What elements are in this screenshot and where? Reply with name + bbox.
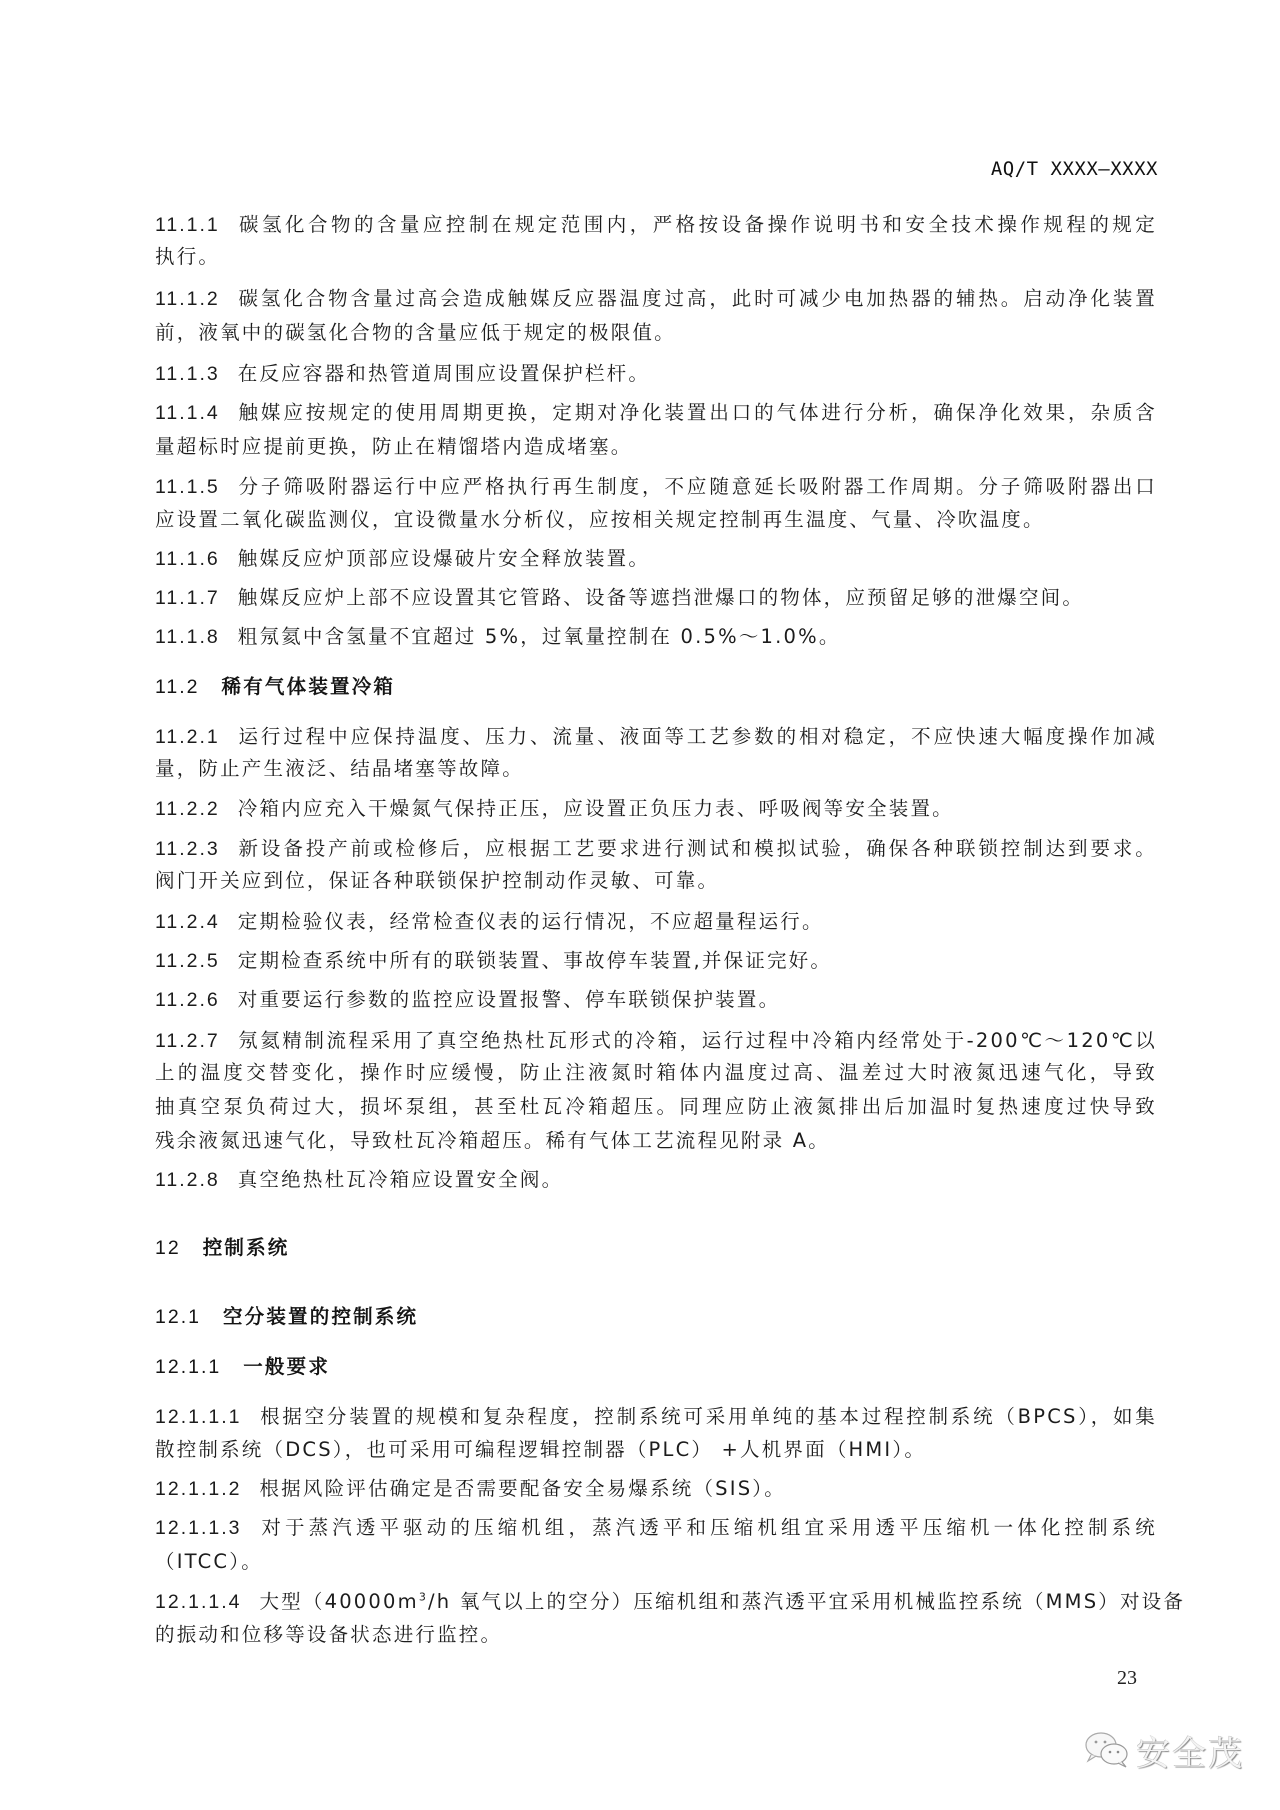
clause-text: 新设备投产前或检修后，应根据工艺要求进行测试和模拟试验，确保各种联锁控制达到要求…	[238, 837, 1157, 860]
clause-text: 触媒反应炉顶部应设爆破片安全释放装置。	[238, 547, 650, 570]
paragraph-line: 残余液氮迅速气化，导致杜瓦冷箱超压。稀有气体工艺流程见附录 A。	[155, 1129, 1157, 1153]
paragraph-line: 11.1.5分子筛吸附器运行中应严格执行再生制度，不应随意延长吸附器工作周期。分…	[155, 475, 1157, 499]
clause-number: 12	[155, 1236, 181, 1260]
clause-text: 冷箱内应充入干燥氮气保持正压，应设置正负压力表、呼吸阀等安全装置。	[238, 797, 954, 820]
clause-text: 残余液氮迅速气化，导致杜瓦冷箱超压。稀有气体工艺流程见附录 A。	[155, 1129, 830, 1152]
clause-text: 上的温度交替变化，操作时应缓慢，防止注液氮时箱体内温度过高、温差过大时液氮迅速气…	[155, 1061, 1157, 1084]
paragraph-line: 应设置二氧化碳监测仪，宜设微量水分析仪，应按相关规定控制再生温度、气量、冷吹温度…	[155, 508, 1157, 532]
paragraph-line: 12.1.1.3对于蒸汽透平驱动的压缩机组，蒸汽透平和压缩机组宜采用透平压缩机一…	[155, 1516, 1157, 1540]
clause-number: 12.1.1.4	[155, 1590, 241, 1614]
paragraph-line: 12.1.1.4大型（40000m3/h 氧气以上的空分）压缩机组和蒸汽透平宜采…	[155, 1590, 1157, 1614]
paragraph-line: 抽真空泵负荷过大，损坏泵组，甚至杜瓦冷箱超压。同理应防止液氮排出后加温时复热速度…	[155, 1095, 1157, 1119]
clause-number: 11.2.8	[155, 1168, 220, 1192]
paragraph-line: 11.2.3新设备投产前或检修后，应根据工艺要求进行测试和模拟试验，确保各种联锁…	[155, 837, 1157, 861]
paragraph-line: 执行。	[155, 245, 1157, 269]
clause-text: 分子筛吸附器运行中应严格执行再生制度，不应随意延长吸附器工作周期。分子筛吸附器出…	[238, 475, 1157, 498]
section-heading: 11.2稀有气体装置冷箱	[155, 675, 1157, 699]
clause-text: 对重要运行参数的监控应设置报警、停车联锁保护装置。	[238, 988, 781, 1011]
clause-number: 11.2.7	[155, 1029, 220, 1053]
watermark-text: 安全茂	[1136, 1726, 1244, 1775]
clause-text: 散控制系统（DCS），也可采用可编程逻辑控制器（PLC） +人机界面（HMI）。	[155, 1438, 926, 1461]
watermark: 安全茂	[1084, 1726, 1244, 1775]
clause-number: 12.1.1.1	[155, 1405, 241, 1429]
clause-number: 11.1.1	[155, 213, 220, 237]
paragraph-line: 11.2.1运行过程中应保持温度、压力、流量、液面等工艺参数的相对稳定，不应快速…	[155, 725, 1157, 749]
clause-text: 运行过程中应保持温度、压力、流量、液面等工艺参数的相对稳定，不应快速大幅度操作加…	[238, 725, 1157, 748]
clause-text: 稀有气体装置冷箱	[222, 675, 396, 698]
clause-text: 定期检验仪表，经常检查仪表的运行情况，不应超量程运行。	[238, 910, 824, 933]
section-heading: 12.1空分装置的控制系统	[155, 1305, 1157, 1329]
section-heading: 12.1.1一般要求	[155, 1355, 1157, 1379]
paragraph-line: 11.2.2冷箱内应充入干燥氮气保持正压，应设置正负压力表、呼吸阀等安全装置。	[155, 797, 1157, 821]
paragraph-line: 12.1.1.1根据空分装置的规模和复杂程度，控制系统可采用单纯的基本过程控制系…	[155, 1405, 1157, 1429]
clause-number: 12.1.1	[155, 1355, 221, 1379]
paragraph-line: 11.2.8真空绝热杜瓦冷箱应设置安全阀。	[155, 1168, 1157, 1192]
clause-number: 12.1.1.3	[155, 1516, 241, 1540]
clause-text: 根据空分装置的规模和复杂程度，控制系统可采用单纯的基本过程控制系统（BPCS），…	[259, 1405, 1157, 1428]
clause-number: 12.1.1.2	[155, 1477, 241, 1501]
paragraph-line: 散控制系统（DCS），也可采用可编程逻辑控制器（PLC） +人机界面（HMI）。	[155, 1438, 1157, 1462]
clause-number: 11.1.3	[155, 362, 220, 386]
clause-text: 对于蒸汽透平驱动的压缩机组，蒸汽透平和压缩机组宜采用透平压缩机一体化控制系统	[259, 1516, 1157, 1539]
clause-number: 11.2.5	[155, 949, 220, 973]
clause-number: 11.2.2	[155, 797, 220, 821]
paragraph-line: 11.2.5定期检查系统中所有的联锁装置、事故停车装置,并保证完好。	[155, 949, 1157, 973]
page-number: 23	[1117, 1667, 1137, 1690]
clause-text: 执行。	[155, 245, 220, 268]
clause-text: 一般要求	[243, 1355, 330, 1378]
clause-number: 11.1.5	[155, 475, 220, 499]
paragraph-line: 前，液氧中的碳氢化合物的含量应低于规定的极限值。	[155, 321, 1157, 345]
clause-number: 11.1.6	[155, 547, 220, 571]
paragraph-line: 11.2.6对重要运行参数的监控应设置报警、停车联锁保护装置。	[155, 988, 1157, 1012]
paragraph-line: 上的温度交替变化，操作时应缓慢，防止注液氮时箱体内温度过高、温差过大时液氮迅速气…	[155, 1061, 1157, 1085]
clause-number: 11.2	[155, 675, 200, 699]
paragraph-line: 的振动和位移等设备状态进行监控。	[155, 1623, 1157, 1647]
clause-number: 11.2.4	[155, 910, 220, 934]
section-heading: 12控制系统	[155, 1236, 1157, 1260]
clause-number: 11.1.8	[155, 625, 220, 649]
paragraph-line: 11.1.8粗氖氦中含氢量不宜超过 5%，过氧量控制在 0.5%～1.0%。	[155, 625, 1157, 649]
clause-text: （ITCC）。	[155, 1550, 263, 1573]
paragraph-line: （ITCC）。	[155, 1550, 1157, 1574]
clause-text: 空分装置的控制系统	[223, 1305, 418, 1328]
clause-number: 11.1.7	[155, 586, 220, 610]
wechat-icon	[1084, 1730, 1130, 1772]
clause-text: 阀门开关应到位，保证各种联锁保护控制动作灵敏、可靠。	[155, 869, 719, 892]
paragraph-line: 12.1.1.2根据风险评估确定是否需要配备安全易爆系统（SIS）。	[155, 1477, 1157, 1501]
document-code: AQ/T XXXX—XXXX	[991, 158, 1158, 180]
clause-text: 碳氢化合物含量过高会造成触媒反应器温度过高，此时可减少电加热器的辅热。启动净化装…	[238, 287, 1157, 310]
clause-text: 碳氢化合物的含量应控制在规定范围内，严格按设备操作说明书和安全技术操作规程的规定	[238, 213, 1157, 236]
paragraph-line: 量超标时应提前更换，防止在精馏塔内造成堵塞。	[155, 435, 1157, 459]
clause-text: 根据风险评估确定是否需要配备安全易爆系统（SIS）。	[259, 1477, 785, 1500]
paragraph-line: 阀门开关应到位，保证各种联锁保护控制动作灵敏、可靠。	[155, 869, 1157, 893]
paragraph-line: 11.2.4定期检验仪表，经常检查仪表的运行情况，不应超量程运行。	[155, 910, 1157, 934]
paragraph-line: 11.1.6触媒反应炉顶部应设爆破片安全释放装置。	[155, 547, 1157, 571]
paragraph-line: 11.1.4触媒应按规定的使用周期更换，定期对净化装置出口的气体进行分析，确保净…	[155, 401, 1157, 425]
clause-text: 控制系统	[203, 1236, 290, 1259]
paragraph-line: 11.1.7触媒反应炉上部不应设置其它管路、设备等遮挡泄爆口的物体，应预留足够的…	[155, 586, 1157, 610]
clause-text: 量，防止产生液泛、结晶堵塞等故障。	[155, 757, 524, 780]
clause-text: 的振动和位移等设备状态进行监控。	[155, 1623, 502, 1646]
paragraph-line: 11.1.2碳氢化合物含量过高会造成触媒反应器温度过高，此时可减少电加热器的辅热…	[155, 287, 1157, 311]
clause-number: 11.2.3	[155, 837, 220, 861]
clause-text: 氖氦精制流程采用了真空绝热杜瓦形式的冷箱，运行过程中冷箱内经常处于-200℃～1…	[238, 1029, 1157, 1052]
clause-text: 真空绝热杜瓦冷箱应设置安全阀。	[238, 1168, 564, 1191]
clause-text: 量超标时应提前更换，防止在精馏塔内造成堵塞。	[155, 435, 632, 458]
paragraph-line: 11.2.7氖氦精制流程采用了真空绝热杜瓦形式的冷箱，运行过程中冷箱内经常处于-…	[155, 1029, 1157, 1053]
clause-number: 11.2.6	[155, 988, 220, 1012]
paragraph-line: 11.1.3在反应容器和热管道周围应设置保护栏杆。	[155, 362, 1157, 386]
superscript: 3	[419, 1591, 428, 1604]
clause-number: 12.1	[155, 1305, 201, 1329]
paragraph-line: 量，防止产生液泛、结晶堵塞等故障。	[155, 757, 1157, 781]
clause-text: 应设置二氧化碳监测仪，宜设微量水分析仪，应按相关规定控制再生温度、气量、冷吹温度…	[155, 508, 1045, 531]
clause-text: 前，液氧中的碳氢化合物的含量应低于规定的极限值。	[155, 321, 676, 344]
clause-number: 11.1.2	[155, 287, 220, 311]
clause-text: 在反应容器和热管道周围应设置保护栏杆。	[238, 362, 650, 385]
clause-text: 定期检查系统中所有的联锁装置、事故停车装置,并保证完好。	[238, 949, 832, 972]
paragraph-line: 11.1.1碳氢化合物的含量应控制在规定范围内，严格按设备操作说明书和安全技术操…	[155, 213, 1157, 237]
clause-text: /h 氧气以上的空分）压缩机组和蒸汽透平宜采用机械监控系统（MMS）对设备	[428, 1590, 1185, 1613]
clause-text: 抽真空泵负荷过大，损坏泵组，甚至杜瓦冷箱超压。同理应防止液氮排出后加温时复热速度…	[155, 1095, 1157, 1118]
clause-text: 大型（40000m	[259, 1590, 418, 1613]
clause-number: 11.1.4	[155, 401, 220, 425]
clause-text: 触媒反应炉上部不应设置其它管路、设备等遮挡泄爆口的物体，应预留足够的泄爆空间。	[238, 586, 1084, 609]
clause-text: 触媒应按规定的使用周期更换，定期对净化装置出口的气体进行分析，确保净化效果，杂质…	[238, 401, 1157, 424]
clause-text: 粗氖氦中含氢量不宜超过 5%，过氧量控制在 0.5%～1.0%。	[238, 625, 841, 648]
clause-number: 11.2.1	[155, 725, 220, 749]
